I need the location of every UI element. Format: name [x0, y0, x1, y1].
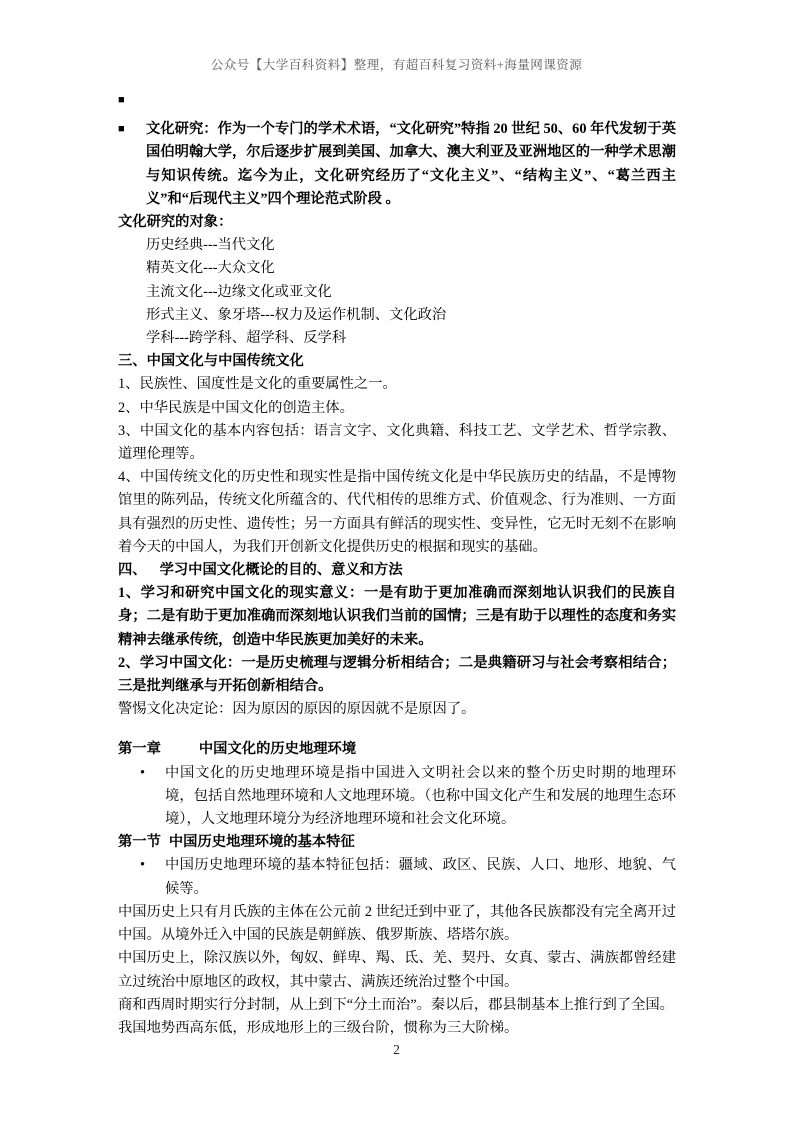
section-1-1-heading: 第一节中国历史地理环境的基本特征 [118, 831, 676, 854]
paragraph: 3、中国文化的基本内容包括：语言文字、文化典籍、科技工艺、文学艺术、哲学宗教、道… [118, 420, 676, 466]
culture-study-definition-text: 文化研究：作为一个专门的学术术语，“文化研究”特指 20 世纪 50、60 年代… [146, 121, 676, 207]
square-bullet-icon: ■ [118, 118, 125, 141]
section-four-heading: 四、学习中国文化概论的目的、意义和方法 [118, 559, 676, 582]
blank-line-spacer [118, 721, 676, 738]
paragraph: 2、中华民族是中国文化的创造主体。 [118, 397, 676, 420]
dot-bullet-icon: • [140, 854, 145, 877]
section-1-1-label: 第一节 [118, 834, 161, 850]
objects-heading: 文化研究的对象： [118, 211, 676, 234]
dot-bullet-icon: • [140, 762, 145, 785]
objects-list: 历史经典---当代文化 精英文化---大众文化 主流文化---边缘文化或亚文化 … [118, 234, 676, 350]
document-page: 公众号【大学百科资料】整理，有超百科复习资料+海量网课资源 ■ ■ 文化研究：作… [0, 0, 793, 1122]
section-1-1-summary-text: 中国历史地理环境的基本特征包括：疆域、政区、民族、人口、地形、地貌、气候等。 [165, 857, 676, 896]
paragraph: 4、中国传统文化的历史性和现实性是指中国传统文化是中华民族历史的结晶，不是博物馆… [118, 466, 676, 559]
paragraph-bold: 2、学习中国文化：一是历史梳理与逻辑分析相结合；二是典籍研习与社会考察相结合；三… [118, 652, 676, 698]
paragraph: 商和西周时期实行分封制，从上到下“分土而治”。秦以后，郡县制基本上推行到了全国。 [118, 994, 676, 1017]
list-item: 历史经典---当代文化 [118, 234, 676, 257]
list-item: 主流文化---边缘文化或亚文化 [118, 281, 676, 304]
section-four-number: 四、 [118, 562, 147, 578]
paragraph: 我国地势西高东低，形成地形上的三级台阶，惯称为三大阶梯。 [118, 1017, 676, 1040]
list-item: 学科---跨学科、超学科、反学科 [118, 327, 676, 350]
paragraph: 中国历史上，除汉族以外，匈奴、鲜卑、羯、氐、羌、契丹、女真、蒙古、满族都曾经建立… [118, 947, 676, 993]
document-body: ■ ■ 文化研究：作为一个专门的学术术语，“文化研究”特指 20 世纪 50、6… [118, 89, 676, 1040]
empty-bullet-line: ■ [118, 89, 676, 112]
list-item: 形式主义、象牙塔---权力及运作机制、文化政治 [118, 304, 676, 327]
section-1-1-title: 中国历史地理环境的基本特征 [169, 834, 355, 850]
section-three-heading: 三、中国文化与中国传统文化 [118, 350, 676, 373]
section-four-title: 学习中国文化概论的目的、意义和方法 [160, 562, 403, 578]
page-header-text: 公众号【大学百科资料】整理，有超百科复习资料+海量网课资源 [0, 55, 793, 73]
list-item: 精英文化---大众文化 [118, 257, 676, 280]
square-bullet-icon: ■ [118, 89, 125, 112]
chapter-one-overview: • 中国文化的历史地理环境是指中国进入文明社会以来的整个历史时期的地理环境，包括… [118, 762, 676, 832]
chapter-one-heading: 第一章中国文化的历史地理环境 [118, 738, 676, 761]
paragraph-bold: 1、学习和研究中国文化的现实意义：一是有助于更加准确而深刻地认识我们的民族自身；… [118, 582, 676, 652]
chapter-one-title: 中国文化的历史地理环境 [199, 741, 356, 757]
paragraph: 1、民族性、国度性是文化的重要属性之一。 [118, 373, 676, 396]
chapter-one-overview-text: 中国文化的历史地理环境是指中国进入文明社会以来的整个历史时期的地理环境，包括自然… [165, 765, 676, 827]
culture-study-definition: ■ 文化研究：作为一个专门的学术术语，“文化研究”特指 20 世纪 50、60 … [118, 118, 676, 211]
chapter-one-label: 第一章 [118, 741, 161, 757]
paragraph: 中国历史上只有月氏族的主体在公元前 2 世纪迁到中亚了，其他各民族都没有完全离开… [118, 901, 676, 947]
determinism-note: 警惕文化决定论：因为原因的原因的原因就不是原因了。 [118, 698, 676, 721]
section-1-1-summary: • 中国历史地理环境的基本特征包括：疆域、政区、民族、人口、地形、地貌、气候等。 [118, 854, 676, 900]
page-number: 2 [0, 1042, 793, 1058]
